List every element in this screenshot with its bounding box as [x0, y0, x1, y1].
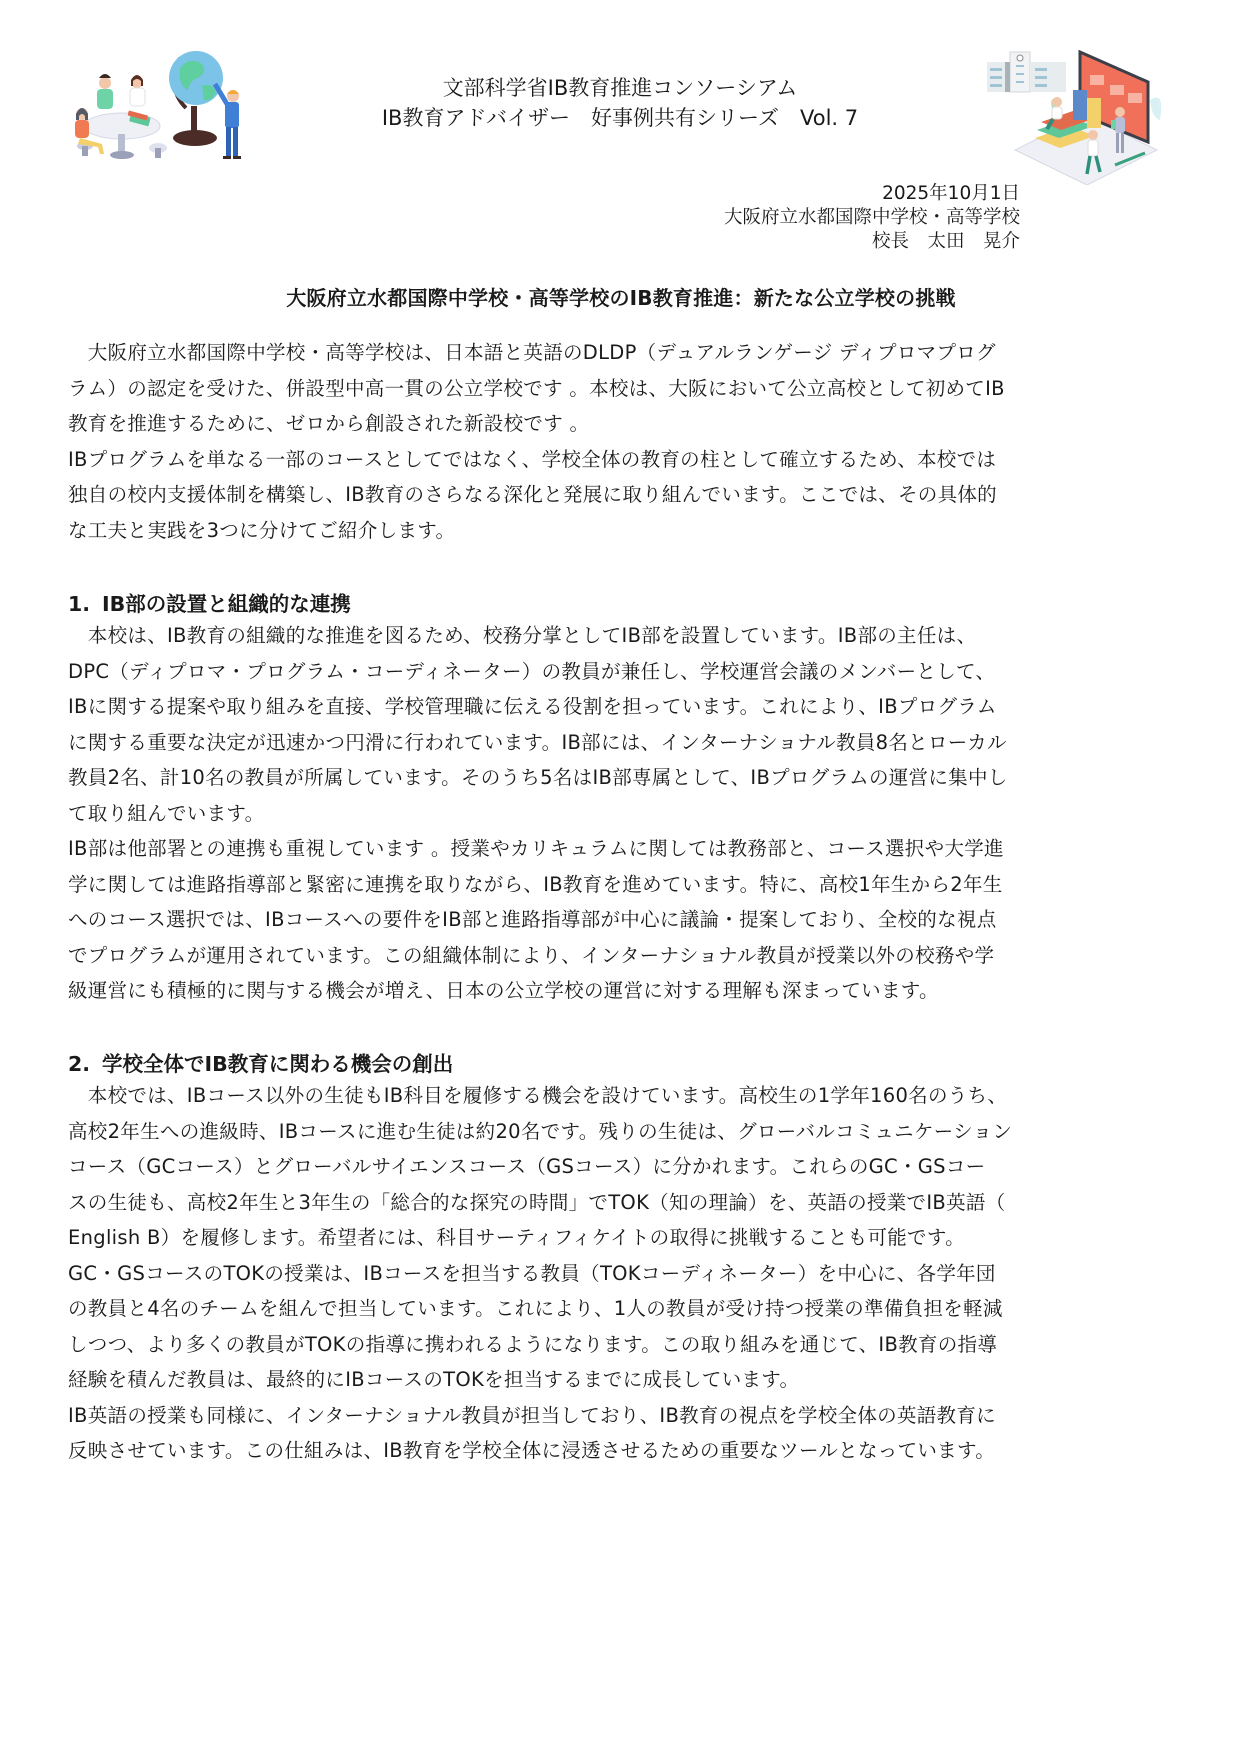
header-line-2: IB教育アドバイザー 好事例共有シリーズ Vol. 7 — [300, 103, 940, 133]
section-line: でプログラムが運用されています。この組織体制により、インターナショナル教員が授業… — [68, 938, 1178, 974]
section-2-heading: 2.学校全体でIB教育に関わる機会の創出 — [68, 1047, 453, 1077]
section-line: の教員と4名のチームを組んで担当しています。これにより、1人の教員が受け持つ授業… — [68, 1291, 1178, 1327]
section-line: 反映させています。この仕組みは、IB教育を学校全体に浸透させるための重要なツール… — [68, 1433, 1178, 1469]
intro-line: 大阪府立水都国際中学校・高等学校は、日本語と英語のDLDP（デュアルランゲージ … — [68, 335, 1178, 371]
section-line: コース（GCコース）とグローバルサイエンスコース（GSコース）に分かれます。これ… — [68, 1149, 1178, 1185]
section-line: 学に関しては進路指導部と緊密に連携を取りながら、IB教育を進めています。特に、高… — [68, 867, 1178, 903]
intro-line: 独自の校内支援体制を構築し、IB教育のさらなる深化と発展に取り組んでいます。ここ… — [68, 477, 1178, 513]
section-line: 高校2年生への進級時、IBコースに進む生徒は約20名です。残りの生徒は、グローバ… — [68, 1114, 1178, 1150]
section-line: へのコース選択では、IBコースへの要件をIB部と進路指導部が中心に議論・提案して… — [68, 902, 1178, 938]
document-date: 2025年10月1日 — [724, 182, 1020, 206]
intro-paragraphs: 大阪府立水都国際中学校・高等学校は、日本語と英語のDLDP（デュアルランゲージ … — [68, 335, 1178, 548]
section-line: て取り組んでいます。 — [68, 796, 1178, 832]
section-line: IB部は他部署との連携も重視しています 。授業やカリキュラムに関しては教務部と、… — [68, 831, 1178, 867]
header-line-1: 文部科学省IB教育推進コンソーシアム — [300, 73, 940, 103]
section-line: IBに関する提案や取り組みを直接、学校管理職に伝える役割を担っています。これによ… — [68, 689, 1178, 725]
document-meta: 2025年10月1日 大阪府立水都国際中学校・高等学校 校長 太田 晃介 — [724, 182, 1020, 254]
section-line: スの生徒も、高校2年生と3年生の「総合的な探究の時間」でTOK（知の理論）を、英… — [68, 1185, 1178, 1221]
section-1-body: 本校は、IB教育の組織的な推進を図るため、校務分掌としてIB部を設置しています。… — [68, 618, 1178, 1009]
school-name: 大阪府立水都国際中学校・高等学校 — [724, 206, 1020, 230]
section-number: 2. — [68, 1052, 102, 1076]
section-1-heading: 1.IB部の設置と組織的な連携 — [68, 587, 351, 617]
section-line: GC・GSコースのTOKの授業は、IBコースを担当する教員（TOKコーディネータ… — [68, 1256, 1178, 1292]
section-number: 1. — [68, 592, 102, 616]
students-globe-illustration — [70, 38, 250, 163]
section-line: 本校では、IBコース以外の生徒もIB科目を履修する機会を設けています。高校生の1… — [68, 1078, 1178, 1114]
intro-line: IBプログラムを単なる一部のコースとしてではなく、学校全体の教育の柱として確立す… — [68, 442, 1178, 478]
school-laptop-illustration — [975, 40, 1165, 185]
section-line: に関する重要な決定が迅速かつ円滑に行われています。IB部には、インターナショナル… — [68, 725, 1178, 761]
intro-line: ラム）の認定を受けた、併設型中高一貫の公立学校です 。本校は、大阪において公立高… — [68, 371, 1178, 407]
section-line: 本校は、IB教育の組織的な推進を図るため、校務分掌としてIB部を設置しています。… — [68, 618, 1178, 654]
section-line: DPC（ディプロマ・プログラム・コーディネーター）の教員が兼任し、学校運営会議の… — [68, 654, 1178, 690]
section-line: しつつ、より多くの教員がTOKの指導に携われるようになります。この取り組みを通じ… — [68, 1327, 1178, 1363]
newsletter-header: 文部科学省IB教育推進コンソーシアム IB教育アドバイザー 好事例共有シリーズ … — [300, 73, 940, 133]
intro-line: な工夫と実践を3つに分けてご紹介します。 — [68, 513, 1178, 549]
section-line: 教員2名、計10名の教員が所属しています。そのうち5名はIB部専属として、IBプ… — [68, 760, 1178, 796]
author-name: 校長 太田 晃介 — [724, 230, 1020, 254]
section-line: 経験を積んだ教員は、最終的にIBコースのTOKを担当するまでに成長しています。 — [68, 1362, 1178, 1398]
section-line: 級運営にも積極的に関与する機会が増え、日本の公立学校の運営に対する理解も深まって… — [68, 973, 1178, 1009]
section-line: English B）を履修します。希望者には、科目サーティフィケイトの取得に挑戦… — [68, 1220, 1178, 1256]
section-title: IB部の設置と組織的な連携 — [102, 592, 351, 616]
section-line: IB英語の授業も同様に、インターナショナル教員が担当しており、IB教育の視点を学… — [68, 1398, 1178, 1434]
section-2-body: 本校では、IBコース以外の生徒もIB科目を履修する機会を設けています。高校生の1… — [68, 1078, 1178, 1469]
intro-line: 教育を推進するために、ゼロから創設された新設校です 。 — [68, 406, 1178, 442]
section-title: 学校全体でIB教育に関わる機会の創出 — [102, 1052, 453, 1076]
document-title: 大阪府立水都国際中学校・高等学校のIB教育推進：新たな公立学校の挑戦 — [0, 282, 1242, 311]
